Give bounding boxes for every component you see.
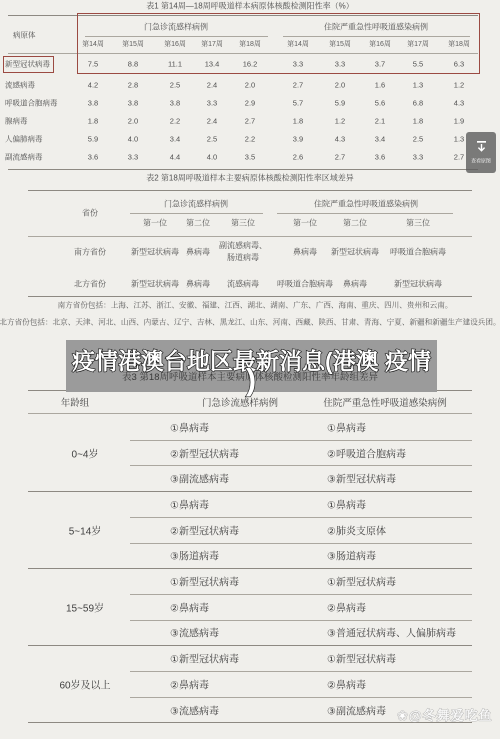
table1-cell: 3.4 (375, 135, 385, 144)
table3-cell: ③普通冠状病毒、人偏肺病毒 (327, 625, 456, 640)
flower-icon: ❀ (397, 708, 409, 723)
table2-province-label: 北方省份 (74, 279, 106, 290)
table1-cell: 3.3 (207, 99, 217, 108)
table1-cell: 3.5 (245, 153, 255, 162)
table2-cell: 鼻病毒 (186, 279, 210, 290)
table2-cell: 新型冠状病毒 (131, 279, 179, 290)
table1-cell: 2.0 (128, 117, 138, 126)
table3-cell: ②鼻病毒 (327, 676, 366, 691)
table2-footnote-south: 南方省份包括：上海、江苏、浙江、安徽、福建、江西、湖北、湖南、广东、广西、海南、… (58, 300, 453, 311)
table1-cell: 4.0 (207, 153, 217, 162)
table1-cell: 3.8 (128, 99, 138, 108)
table3-cell: ②新型冠状病毒 (170, 522, 239, 537)
divider (28, 236, 472, 237)
divider (130, 594, 472, 595)
table1-row-label: 流感病毒 (5, 80, 35, 91)
table1-cell: 2.7 (293, 81, 303, 90)
table1-cell: 3.3 (128, 153, 138, 162)
table1-cell: 2.8 (128, 81, 138, 90)
table1-cell: 2.1 (375, 117, 385, 126)
divider (28, 190, 472, 191)
divider (130, 517, 472, 518)
table1-cell: 1.9 (454, 117, 464, 126)
table3-cell: ②肺炎支原体 (327, 522, 386, 537)
headline-text-line2: ) (246, 362, 256, 398)
divider (130, 543, 472, 544)
highlight-box-table1-row (77, 13, 480, 74)
table3-cell: ①鼻病毒 (327, 419, 366, 434)
table3-age-header: 年龄组 (61, 395, 90, 409)
table1-cell: 2.5 (170, 81, 180, 90)
divider (130, 697, 472, 698)
table3-cell: ①鼻病毒 (327, 496, 366, 511)
table1-cell: 1.8 (293, 117, 303, 126)
table2-province-header: 省份 (82, 208, 98, 219)
table1-cell: 3.4 (170, 135, 180, 144)
table1-pathogen-header: 病原体 (13, 30, 36, 41)
table1-cell: 4.0 (128, 135, 138, 144)
table3-cell: ①新型冠状病毒 (327, 574, 396, 589)
table3-cell: ①新型冠状病毒 (170, 651, 239, 666)
table3-cell: ②鼻病毒 (170, 676, 209, 691)
table1-cell: 3.3 (413, 153, 423, 162)
table1-cell: 1.8 (413, 117, 423, 126)
table1-cell: 2.0 (335, 81, 345, 90)
table1-cell: 2.0 (245, 81, 255, 90)
table1-cell: 3.6 (375, 153, 385, 162)
table1-cell: 1.2 (454, 81, 464, 90)
table3-cell: ③流感病毒 (170, 702, 219, 717)
table1-cell: 4.4 (170, 153, 180, 162)
table1-cell: 2.5 (413, 135, 423, 144)
table3-cell: ①鼻病毒 (170, 419, 209, 434)
table1-cell: 5.9 (335, 99, 345, 108)
table2-cell: 呼吸道合胞病毒 (277, 279, 333, 290)
divider (28, 413, 472, 414)
download-button[interactable]: 查看原图 (466, 132, 496, 173)
table3-cell: ②呼吸道合胞病毒 (327, 445, 406, 460)
table1-cell: 5.9 (88, 135, 98, 144)
table1-cell: 6.8 (413, 99, 423, 108)
table1-cell: 1.3 (454, 135, 464, 144)
table2-group-inpatient: 住院严重急性呼吸道感染病例 (314, 199, 418, 210)
table3-cell: ②新型冠状病毒 (170, 445, 239, 460)
download-icon (475, 140, 488, 153)
table1-cell: 3.8 (170, 99, 180, 108)
table2-rank-header: 第三位 (231, 218, 255, 229)
divider (28, 491, 472, 492)
table2-rank-header: 第三位 (406, 218, 430, 229)
table1-cell: 2.4 (207, 81, 217, 90)
table3-cell: ①新型冠状病毒 (327, 651, 396, 666)
table1-row-label: 人偏肺病毒 (5, 134, 43, 145)
table3-cell: ②鼻病毒 (170, 599, 209, 614)
table3-age-label: 60岁及以上 (59, 676, 110, 691)
table1-cell: 2.7 (335, 153, 345, 162)
table2-rank-header: 第二位 (343, 218, 367, 229)
table2-province-label: 南方省份 (74, 247, 106, 258)
table2-group-outpatient: 门急诊流感样病例 (164, 199, 228, 210)
table2-title: 表2 第18周呼吸道样本主要病原体核酸检测阳性率区域差异 (146, 173, 354, 184)
table3-cell: ①新型冠状病毒 (170, 574, 239, 589)
download-button-label: 查看原图 (471, 157, 491, 164)
table2-cell: 鼻病毒 (343, 279, 367, 290)
table2-footnote-north: 北方省份包括：北京、天津、河北、山西、内蒙古、辽宁、吉林、黑龙江、山东、河南、西… (0, 317, 500, 328)
table1-cell: 3.8 (88, 99, 98, 108)
table1-cell: 2.2 (245, 135, 255, 144)
divider (28, 645, 472, 646)
watermark: ❀@冬舞爱吃鱼 (397, 705, 493, 724)
table3-age-label: 5~14岁 (69, 522, 102, 537)
table3-age-label: 15~59岁 (66, 599, 104, 614)
table2-cell: 鼻病毒 (186, 247, 210, 258)
divider (130, 671, 472, 672)
table1-cell: 2.7 (245, 117, 255, 126)
table3-age-label: 0~4岁 (72, 445, 99, 460)
table1-cell: 2.6 (293, 153, 303, 162)
table1-row-label: 呼吸道合胞病毒 (5, 98, 58, 109)
table2-cell: 新型冠状病毒 (131, 247, 179, 258)
table1-cell: 2.5 (207, 135, 217, 144)
watermark-text: @冬舞爱吃鱼 (409, 708, 493, 723)
divider (8, 169, 478, 170)
table2-cell: 流感病毒 (227, 279, 259, 290)
divider (130, 465, 472, 466)
table1-cell: 5.6 (375, 99, 385, 108)
table3-cell: ③流感病毒 (170, 625, 219, 640)
table3-inpatient-header: 住院严重急性呼吸道感染病例 (323, 395, 447, 409)
divider (130, 620, 472, 621)
table1-cell: 2.2 (170, 117, 180, 126)
table1-cell: 2.4 (207, 117, 217, 126)
divider (130, 440, 472, 441)
table3-cell: ③副流感病毒 (327, 702, 386, 717)
table1-cell: 1.2 (335, 117, 345, 126)
table1-cell: 2.7 (454, 153, 464, 162)
table1-row-label: 腺病毒 (5, 116, 28, 127)
divider (130, 213, 263, 214)
table1-cell: 3.6 (88, 153, 98, 162)
document-image: 表1 第14周—18周呼吸道样本病原体核酸检测阳性率（%） 病原体 门急诊流感样… (0, 0, 500, 739)
table3-cell: ③副流感病毒 (170, 471, 229, 486)
table1-cell: 1.8 (88, 117, 98, 126)
table1-cell: 4.2 (88, 81, 98, 90)
table2-rank-header: 第一位 (293, 218, 317, 229)
table1-cell: 4.3 (454, 99, 464, 108)
table1-row-label: 副流感病毒 (5, 152, 43, 163)
table3-cell: ③肠道病毒 (170, 548, 219, 563)
table2-cell: 鼻病毒 (293, 247, 317, 258)
table1-cell: 3.9 (293, 135, 303, 144)
table3-cell: ②鼻病毒 (327, 599, 366, 614)
table1-cell: 4.3 (335, 135, 345, 144)
table2-cell: 新型冠状病毒 (394, 279, 442, 290)
table2-cell: 呼吸道合胞病毒 (390, 247, 446, 258)
table3-cell: ③新型冠状病毒 (327, 471, 396, 486)
highlight-box-covid-label (3, 56, 54, 73)
table1-cell: 5.7 (293, 99, 303, 108)
table2-rank-header: 第一位 (143, 218, 167, 229)
table2-rank-header: 第二位 (186, 218, 210, 229)
table1-cell: 2.9 (245, 99, 255, 108)
divider (28, 568, 472, 569)
table1-cell: 1.3 (413, 81, 423, 90)
divider (277, 213, 453, 214)
table2-cell: 新型冠状病毒 (331, 247, 379, 258)
table1-cell: 1.6 (375, 81, 385, 90)
table1-title: 表1 第14周—18周呼吸道样本病原体核酸检测阳性率（%） (146, 1, 354, 12)
table3-outpatient-header: 门急诊流感样病例 (202, 395, 278, 409)
table3-cell: ③肠道病毒 (327, 548, 376, 563)
divider (28, 296, 472, 297)
table2-cell: 副流感病毒、 肠道病毒 (219, 240, 267, 264)
table3-cell: ①鼻病毒 (170, 496, 209, 511)
